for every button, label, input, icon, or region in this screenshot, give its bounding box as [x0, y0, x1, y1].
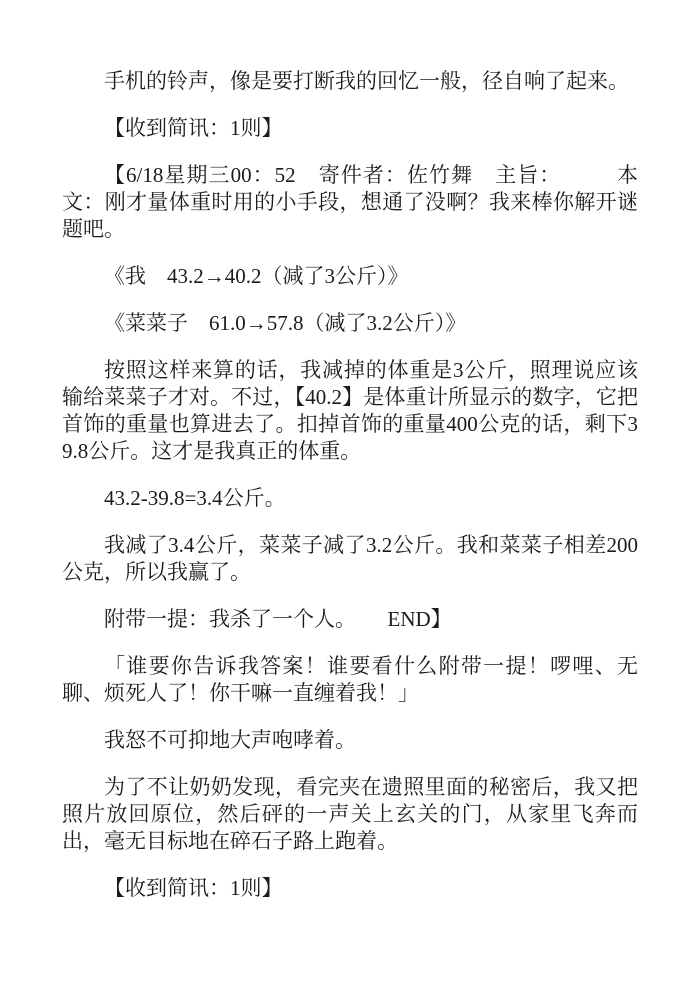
paragraph-sms-conclusion: 我减了3.4公斤，菜菜子减了3.2公斤。我和菜菜子相差200公克，所以我赢了。: [62, 532, 638, 586]
paragraph-sms-notification: 【收到简讯：1则】: [62, 875, 638, 902]
paragraph-sms-weight-me: 《我 43.2→40.2（减了3公斤）》: [62, 263, 638, 290]
paragraph-sms-weight-nanako: 《菜菜子 61.0→57.8（减了3.2公斤）》: [62, 310, 638, 337]
paragraph-sms-notification: 【收到简讯：1则】: [62, 115, 638, 142]
paragraph-sms-formula: 43.2-39.8=3.4公斤。: [62, 485, 638, 512]
paragraph-narration: 我怒不可抑地大声咆哮着。: [62, 727, 638, 754]
paragraph-sms-end: 附带一提：我杀了一个人。 END】: [62, 606, 638, 633]
paragraph-speech: 「谁要你告诉我答案！谁要看什么附带一提！啰哩、无聊、烦死人了！你干嘛一直缠着我！…: [62, 653, 638, 707]
paragraph-narration: 手机的铃声，像是要打断我的回忆一般，径自响了起来。: [62, 68, 638, 95]
paragraph-sms-explanation: 按照这样来算的话，我减掉的体重是3公斤，照理说应该输给菜菜子才对。不过，【40.…: [62, 357, 638, 465]
paragraph-sms-header: 【6/18星期三00：52 寄件者：佐竹舞 主旨： 本文：刚才量体重时用的小手段…: [62, 162, 638, 243]
paragraph-narration: 为了不让奶奶发现，看完夹在遗照里面的秘密后，我又把照片放回原位，然后砰的一声关上…: [62, 774, 638, 855]
novel-page: 手机的铃声，像是要打断我的回忆一般，径自响了起来。 【收到简讯：1则】 【6/1…: [0, 0, 700, 992]
